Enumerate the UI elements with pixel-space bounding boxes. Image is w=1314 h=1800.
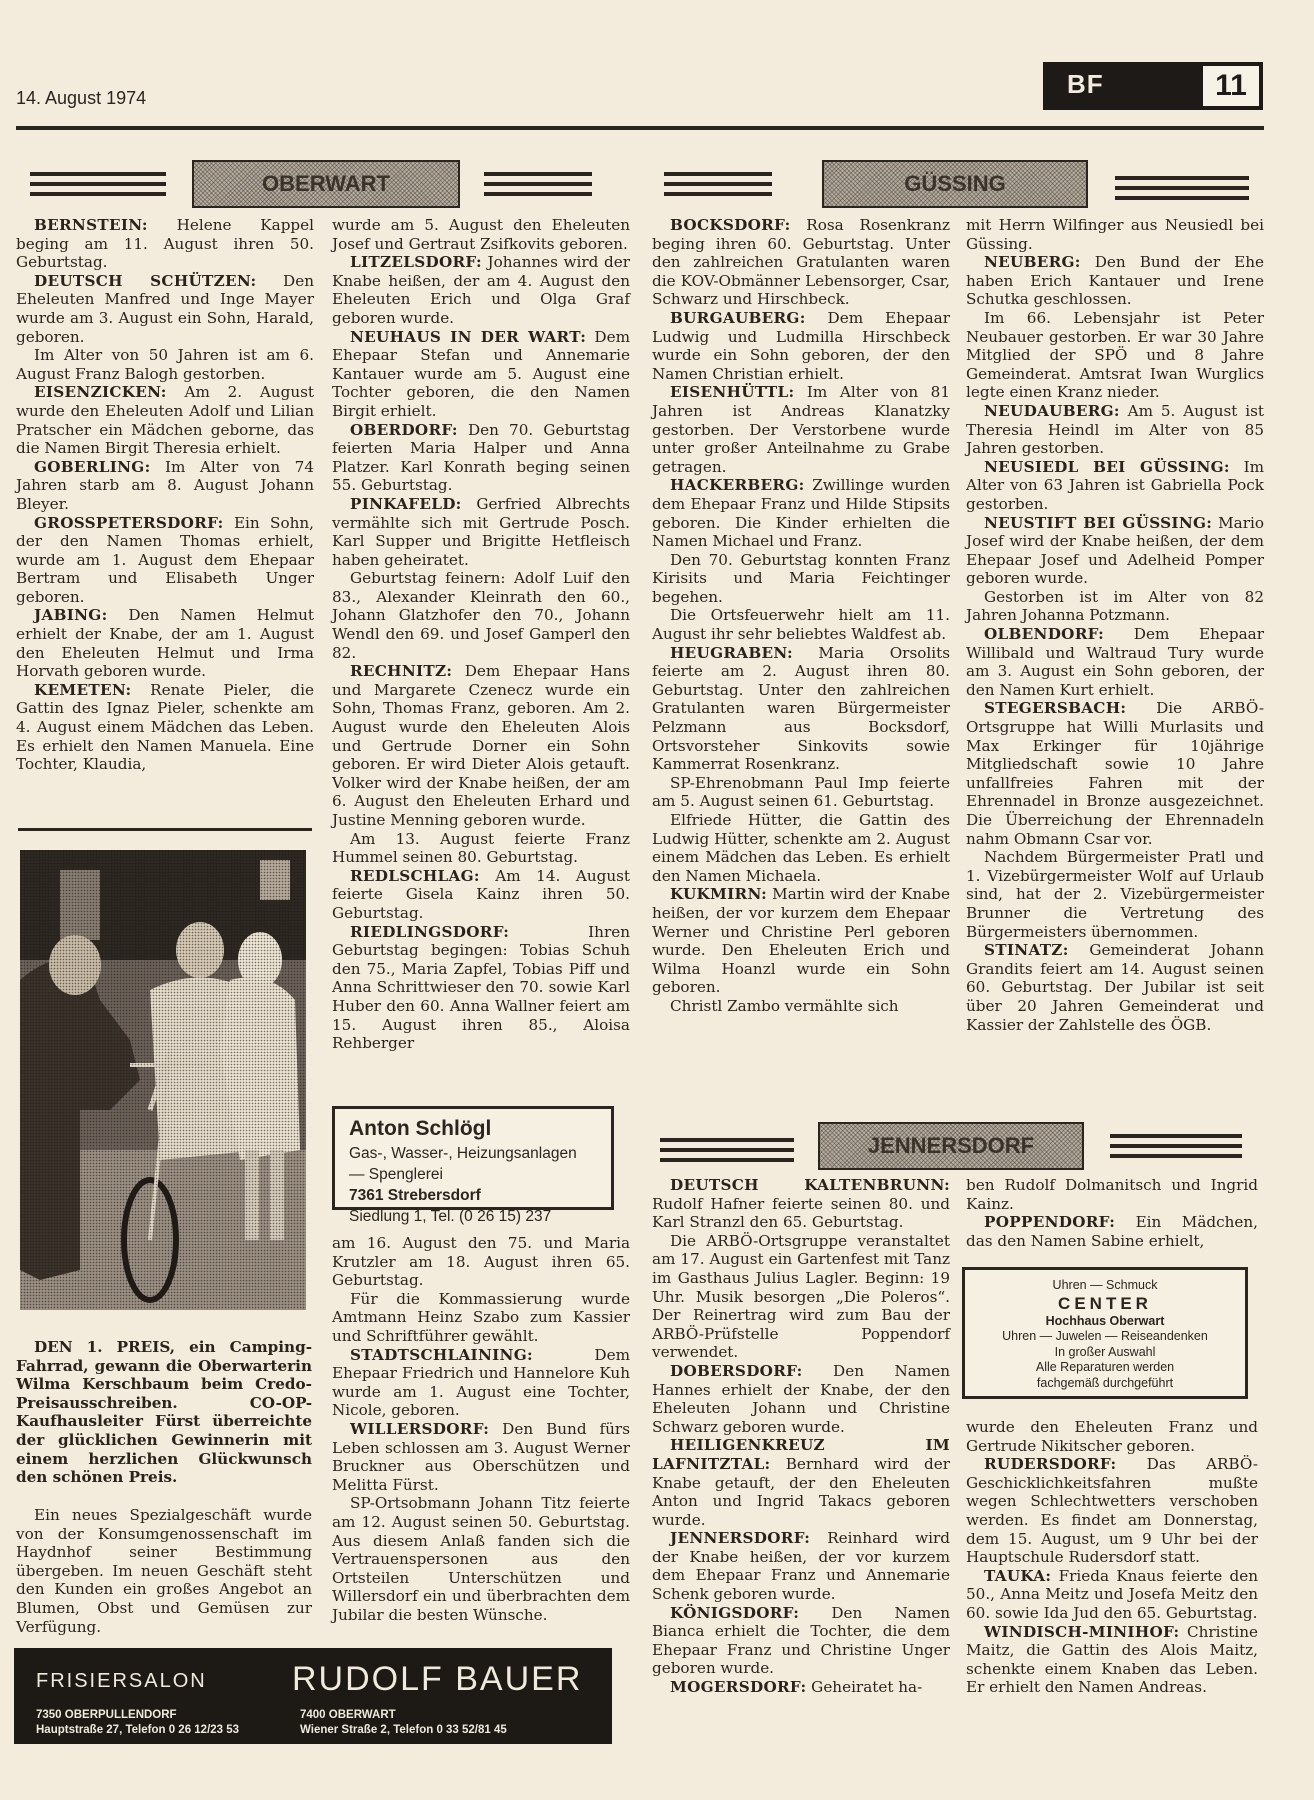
news-item: DEUTSCH KALTENBRUNN: Rudolf Hafner feier… (652, 1176, 950, 1232)
news-item: POPPENDORF: Ein Mädchen, das den Namen S… (966, 1213, 1258, 1250)
place-name: MOGERSDORF: (670, 1678, 806, 1696)
news-item: mit Herrn Wilfinger aus Neusiedl bei Güs… (966, 216, 1264, 253)
place-name: BURGAUBERG: (670, 309, 806, 327)
column-2-bottom: am 16. August den 75. und Maria Krutzler… (332, 1234, 630, 1624)
news-item: Ein neues Spezialgeschäft wurde von der … (16, 1506, 312, 1636)
place-name: STINATZ: (984, 941, 1069, 959)
news-item: BERNSTEIN: Helene Kappel beging am 11. A… (16, 216, 314, 272)
news-item: Im Alter von 50 Jahren ist am 6. August … (16, 346, 314, 383)
place-name: STADTSCHLAINING: (350, 1346, 533, 1364)
news-item: OLBENDORF: Dem Ehepaar Willibald und Wal… (966, 625, 1264, 699)
place-name: WILLERSDORF: (350, 1420, 489, 1438)
section-rule-left (30, 172, 166, 196)
place-name: TAUKA: (984, 1567, 1051, 1585)
news-item: LITZELSDORF: Johannes wird der Knabe hei… (332, 253, 630, 327)
place-name: HEUGRABEN: (670, 644, 793, 662)
news-item: DEUTSCH SCHÜTZEN: Den Eheleuten Manfred … (16, 272, 314, 346)
news-item: STINATZ: Gemeinderat Johann Grandits fei… (966, 941, 1264, 1034)
news-item: EISENHÜTTL: Im Alter von 81 Jahren ist A… (652, 383, 950, 476)
place-name: JENNERSDORF: (670, 1529, 810, 1547)
column-1-oberwart: BERNSTEIN: Helene Kappel beging am 11. A… (16, 216, 314, 774)
news-item: Am 13. August feierte Franz Hummel seine… (332, 830, 630, 867)
place-name: LITZELSDORF: (350, 253, 482, 271)
news-item: GROSSPETERSDORF: Ein Sohn, der den Namen… (16, 514, 314, 607)
news-item: TAUKA: Frieda Knaus feierte den 50., Ann… (966, 1567, 1258, 1623)
place-name: DEUTSCH KALTENBRUNN: (670, 1176, 950, 1194)
news-item: STADTSCHLAINING: Dem Ehepaar Friedrich u… (332, 1346, 630, 1420)
news-item: HACKERBERG: Zwillinge wurden dem Ehepaar… (652, 476, 950, 550)
photo-image (20, 850, 306, 1310)
news-item: EISENZICKEN: Am 2. August wurde den Ehel… (16, 383, 314, 457)
publication-label: BF (1067, 69, 1104, 100)
column-4-jennersdorf: wurde den Eheleuten Franz und Gertrude N… (966, 1418, 1258, 1697)
news-item: PINKAFELD: Gerfried Albrechts vermählte … (332, 495, 630, 569)
news-item: REDLSCHLAG: Am 14. August feierte Gisela… (332, 867, 630, 923)
news-item: SP-Ehrenobmann Paul Imp feierte am 5. Au… (652, 774, 950, 811)
news-item: Im 66. Lebensjahr ist Peter Neubauer ges… (966, 309, 1264, 402)
news-item: JENNERSDORF: Reinhard wird der Knabe hei… (652, 1529, 950, 1603)
news-item: SP-Ortsobmann Johann Titz feierte am 12.… (332, 1494, 630, 1624)
column-2-oberwart: wurde am 5. August den Eheleuten Josef u… (332, 216, 630, 1053)
place-name: JABING: (34, 606, 107, 624)
news-item: wurde am 5. August den Eheleuten Josef u… (332, 216, 630, 253)
news-item: MOGERSDORF: Geheiratet ha- (652, 1678, 950, 1697)
news-item: KÖNIGSDORF: Den Namen Bianca erhielt die… (652, 1604, 950, 1678)
news-item: HEILIGENKREUZ IM LAFNITZTAL: Bernhard wi… (652, 1436, 950, 1529)
column-1-bottom: Ein neues Spezialgeschäft wurde von der … (16, 1506, 312, 1636)
news-item: RECHNITZ: Dem Ehepaar Hans und Margarete… (332, 662, 630, 829)
news-item: Für die Kommassierung wurde Amtmann Hein… (332, 1290, 630, 1346)
ad-anton-schloegl: Anton Schlögl Gas-, Wasser-, Heizungsanl… (332, 1106, 614, 1210)
ad-business-name: CENTER (971, 1294, 1239, 1314)
news-item: Elfriede Hütter, die Gattin des Ludwig H… (652, 811, 950, 885)
section-rule-right (1115, 176, 1249, 200)
caption-lead: DEN 1. PREIS, (34, 1338, 175, 1356)
place-name: RIEDLINGSDORF: (350, 923, 509, 941)
place-name: NEUSIEDL BEI GÜSSING: (984, 458, 1230, 476)
news-item: Den 70. Geburtstag konnten Franz Kirisit… (652, 551, 950, 607)
column-3-jennersdorf: DEUTSCH KALTENBRUNN: Rudolf Hafner feier… (652, 1176, 950, 1697)
section-header-oberwart: OBERWART (192, 160, 460, 208)
news-item: OBERDORF: Den 70. Geburtstag feierten Ma… (332, 421, 630, 495)
section-header-guessing: GÜSSING (822, 160, 1088, 208)
place-name: GROSSPETERSDORF: (34, 514, 224, 532)
ad-frisiersalon-rudolf-bauer: FRISIERSALON RUDOLF BAUER 7350 OBERPULLE… (14, 1648, 612, 1744)
news-item: wurde den Eheleuten Franz und Gertrude N… (966, 1418, 1258, 1455)
ad-location-1: 7350 OBERPULLENDORF Hauptstraße 27, Tele… (36, 1708, 239, 1738)
news-item: GOBERLING: Im Alter von 74 Jahren starb … (16, 458, 314, 514)
place-name: BERNSTEIN: (34, 216, 148, 234)
place-name: EISENHÜTTL: (670, 383, 794, 401)
place-name: HACKERBERG: (670, 476, 805, 494)
section-rule-left (660, 1138, 794, 1162)
place-name: DEUTSCH SCHÜTZEN: (34, 272, 256, 290)
place-name: DOBERSDORF: (670, 1362, 803, 1380)
column-divider (18, 828, 312, 831)
place-name: EISENZICKEN: (34, 383, 167, 401)
place-name: POPPENDORF: (984, 1213, 1115, 1231)
news-item: NEUBERG: Den Bund der Ehe haben Erich Ka… (966, 253, 1264, 309)
place-name: NEUSTIFT BEI GÜSSING: (984, 514, 1212, 532)
place-name: BOCKSDORF: (670, 216, 790, 234)
place-name: NEUDAUBERG: (984, 402, 1120, 420)
place-name: KUKMIRN: (670, 885, 767, 903)
section-header-jennersdorf: JENNERSDORF (818, 1122, 1084, 1170)
page-number: 11 (1203, 66, 1259, 106)
place-name: KÖNIGSDORF: (670, 1604, 799, 1622)
place-name: KEMETEN: (34, 681, 131, 699)
news-item: Die Ortsfeuerwehr hielt am 11. August ih… (652, 606, 950, 643)
section-rule-right (484, 172, 592, 196)
news-item: BURGAUBERG: Dem Ehepaar Ludwig und Ludmi… (652, 309, 950, 383)
news-item: DOBERSDORF: Den Namen Hannes erhielt der… (652, 1362, 950, 1436)
place-name: OLBENDORF: (984, 625, 1104, 643)
issue-date: 14. August 1974 (16, 88, 146, 109)
ad-center-uhren-schmuck: Uhren — Schmuck CENTER Hochhaus Oberwart… (962, 1267, 1248, 1399)
place-name: NEUBERG: (984, 253, 1081, 271)
column-4-jennersdorf-top: ben Rudolf Dolmanitsch und Ingrid Kainz.… (966, 1176, 1258, 1250)
column-3-guessing: BOCKSDORF: Rosa Rosenkranz beging ihren … (652, 216, 950, 1016)
place-name: STEGERSBACH: (984, 699, 1126, 717)
news-item: KUKMIRN: Martin wird der Knabe heißen, d… (652, 885, 950, 997)
news-item: Die ARBÖ-Ortsgruppe veranstaltet am 17. … (652, 1232, 950, 1362)
section-rule-right (1110, 1134, 1242, 1158)
place-name: REDLSCHLAG: (350, 867, 480, 885)
news-item: am 16. August den 75. und Maria Krutzler… (332, 1234, 630, 1290)
news-item: NEUHAUS IN DER WART: Dem Ehepaar Stefan … (332, 328, 630, 421)
place-name: NEUHAUS IN DER WART: (350, 328, 586, 346)
news-item: NEUSIEDL BEI GÜSSING: Im Alter von 63 Ja… (966, 458, 1264, 514)
page-badge: BF 11 (1043, 62, 1263, 110)
news-item: ben Rudolf Dolmanitsch und Ingrid Kainz. (966, 1176, 1258, 1213)
photo-caption: DEN 1. PREIS, ein Camping-Fahrrad, gewan… (16, 1338, 312, 1487)
place-name: OBERDORF: (350, 421, 458, 439)
news-item: STEGERSBACH: Die ARBÖ-Ortsgruppe hat Wil… (966, 699, 1264, 848)
ad-business-name: RUDOLF BAUER (292, 1660, 582, 1699)
place-name: RECHNITZ: (350, 662, 452, 680)
news-item: HEUGRABEN: Maria Orsolits feierte am 2. … (652, 644, 950, 774)
place-name: GOBERLING: (34, 458, 150, 476)
column-4-guessing: mit Herrn Wilfinger aus Neusiedl bei Güs… (966, 216, 1264, 1034)
news-item: WINDISCH-MINIHOF: Christine Maitz, die G… (966, 1623, 1258, 1697)
ad-location-2: 7400 OBERWART Wiener Straße 2, Telefon 0… (300, 1708, 507, 1738)
news-item: RIEDLINGSDORF: Ihren Geburtstag begingen… (332, 923, 630, 1053)
news-item: Geburtstag feinern: Adolf Luif den 83., … (332, 569, 630, 662)
news-item: Christl Zambo vermählte sich (652, 997, 950, 1016)
place-name: WINDISCH-MINIHOF: (984, 1623, 1179, 1641)
news-item: JABING: Den Namen Helmut erhielt der Kna… (16, 606, 314, 680)
news-photo (20, 850, 306, 1310)
news-item: RUDERSDORF: Das ARBÖ-Geschicklichkeitsfa… (966, 1455, 1258, 1567)
news-item: KEMETEN: Renate Pieler, die Gattin des I… (16, 681, 314, 774)
section-rule-left (664, 172, 772, 196)
news-item: NEUSTIFT BEI GÜSSING: Mario Josef wird d… (966, 514, 1264, 588)
place-name: RUDERSDORF: (984, 1455, 1116, 1473)
ad-kind: FRISIERSALON (36, 1670, 207, 1693)
news-item: WILLERSDORF: Den Bund fürs Leben schloss… (332, 1420, 630, 1494)
header-rule (16, 126, 1264, 130)
news-item: Gestorben ist im Alter von 82 Jahren Joh… (966, 588, 1264, 625)
news-item: BOCKSDORF: Rosa Rosenkranz beging ihren … (652, 216, 950, 309)
ad-business-name: Anton Schlögl (349, 1115, 597, 1143)
news-item: NEUDAUBERG: Am 5. August ist Theresia He… (966, 402, 1264, 458)
news-item: Nachdem Bürgermeister Pratl und 1. Vizeb… (966, 848, 1264, 941)
place-name: PINKAFELD: (350, 495, 462, 513)
